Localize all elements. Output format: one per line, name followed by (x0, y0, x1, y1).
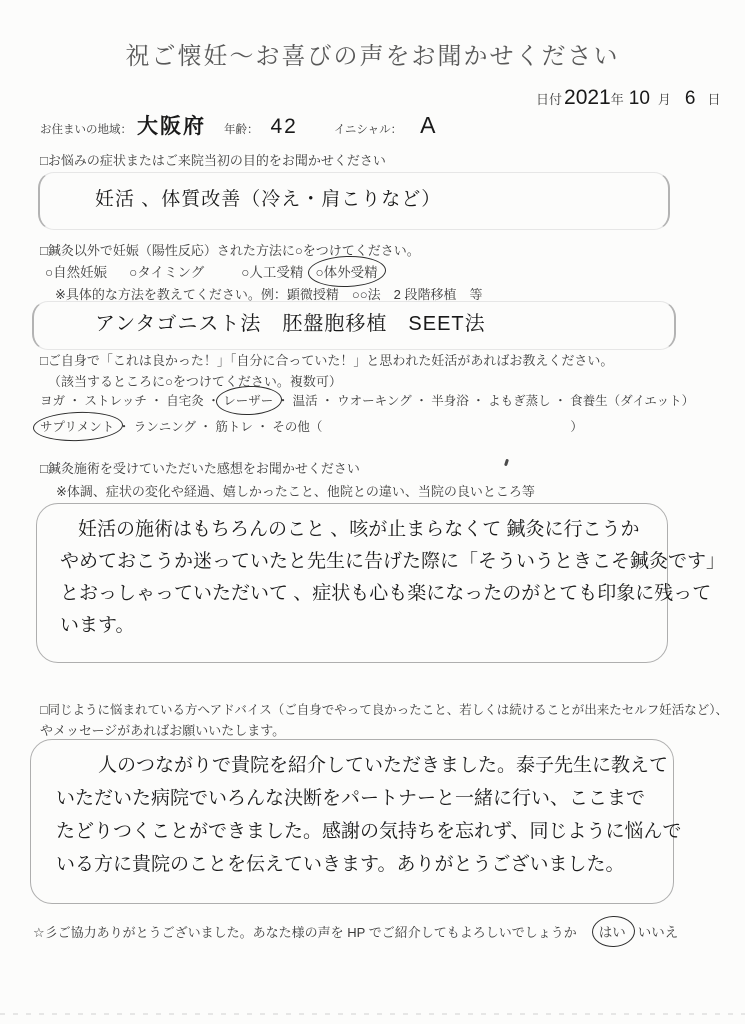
option-timing: ○タイミング (129, 261, 204, 281)
profile-line: お住まいの地域： 大阪府 年齢： 42 イニシャル： A (40, 110, 436, 140)
date-day-unit: 日 (707, 89, 720, 108)
question-impression-label: □鍼灸施術を受けていただいた感想をお聞かせください (40, 458, 360, 477)
question-symptoms-label: □お悩みの症状またはご来院当初の目的をお聞かせください (40, 150, 386, 169)
date-line: 日付 2021 年 10 月 6 日 (536, 86, 721, 110)
advice-line-4: いる方に貴院のことを伝えていきます。ありがとうございました。 (56, 848, 681, 881)
date-label: 日付 (536, 89, 562, 108)
ninkatsu-row2-items: ・ ランニング ・ 筋トレ ・ その他（ (114, 420, 322, 434)
ninkatsu-options-row1: ヨガ ・ ストレッチ ・ 自宅灸 ・ レーザー ・ 温活 ・ ウオーキング ・ … (40, 391, 694, 409)
region-value: 大阪府 (137, 110, 206, 140)
form-title: 祝ご懐妊～お喜びの声をお聞かせください (0, 36, 745, 71)
age-label: 年齢： (224, 121, 259, 137)
option-supplement-circled: サプリメント (40, 417, 114, 435)
other-closing-paren: ） (570, 420, 583, 434)
ninkatsu-options-row2: サプリメント ・ ランニング ・ 筋トレ ・ その他（） (40, 417, 583, 435)
impression-line-3: とおっしゃっていただいて 、症状も心も楽になったのがとても印象に残って (60, 578, 725, 610)
date-day-value: 6 (685, 88, 696, 110)
initial-value: A (420, 112, 435, 139)
option-natural-pregnancy: ○自然妊娠 (45, 261, 107, 281)
region-label: お住まいの地域： (40, 121, 132, 137)
handwritten-method-answer: アンタゴニスト法 胚盤胞移植 SEET法 (95, 307, 486, 336)
ninkatsu-row1-items-pre: ヨガ ・ ストレッチ ・ 自宅灸 ・ (40, 394, 223, 408)
impression-sub-note: ※体調、症状の変化や経過、嬉しかったこと、他院との違い、当院の良いところ等 (56, 481, 535, 500)
question-ninkatsu-label: □ご自身で「これは良かった！」「自分に合っていた！」と思われた妊活があればお教え… (40, 350, 613, 369)
stray-pen-mark (504, 459, 509, 467)
consent-yes-circled: はい (599, 921, 626, 941)
date-month-value: 10 (629, 88, 650, 110)
question-advice-label-line1: □同じように悩まれている方へアドバイス（ご自身でやって良かったこと、若しくは続け… (40, 700, 728, 718)
date-month-unit: 月 (658, 89, 671, 108)
date-year-value: 2021 (564, 86, 611, 110)
method-options-row: ○自然妊娠 ○タイミング ○人工受精 ○体外受精 (45, 261, 378, 281)
handwritten-symptoms-answer: 妊活 、体質改善（冷え・肩こりなど） (95, 184, 441, 211)
impression-line-4: います。 (60, 610, 725, 642)
initial-label: イニシャル： (334, 121, 402, 137)
footer-consent-line: ☆彡ご協力ありがとうございました。あなた様の声を HP でご紹介してもよろしいで… (33, 921, 678, 941)
handwritten-advice-answer: 人のつながりで貴院を紹介していただきました。泰子先生に教えて いただいた病院でい… (56, 749, 681, 881)
date-year-unit: 年 (611, 89, 624, 108)
consent-no: いいえ (638, 921, 679, 941)
footer-thanks-text: ☆彡ご協力ありがとうございました。あなた様の声を HP でご紹介してもよろしいで… (33, 922, 577, 941)
advice-line-3: たどりつくことができました。感謝の気持ちを忘れず、同じように悩んで (56, 815, 681, 848)
age-value: 42 (271, 115, 298, 139)
impression-line-1: 妊活の施術はもちろんのこと 、咳が止まらなくて 鍼灸に行こうか (60, 514, 725, 546)
impression-line-2: やめておこうか迷っていたと先生に告げた際に「そういうときこそ鍼灸です」 (60, 546, 725, 578)
scanner-edge-artifact (0, 1013, 745, 1015)
ninkatsu-sub-note: （該当するところに○をつけてください。複数可） (48, 371, 342, 390)
option-artificial-insemination: ○人工受精 (241, 261, 303, 281)
option-ivf-circled: ○体外受精 (315, 261, 377, 281)
question-method-label: □鍼灸以外で妊娠（陽性反応）された方法に○をつけてください。 (40, 240, 420, 259)
scanned-questionnaire-page: 祝ご懐妊～お喜びの声をお聞かせください 日付 2021 年 10 月 6 日 お… (0, 0, 745, 1024)
option-laser-circled: レーザー (223, 391, 273, 409)
handwritten-impression-answer: 妊活の施術はもちろんのこと 、咳が止まらなくて 鍼灸に行こうか やめておこうか迷… (60, 514, 725, 642)
advice-line-1: 人のつながりで貴院を紹介していただきました。泰子先生に教えて (56, 749, 681, 782)
ninkatsu-row1-items-post: ・ 温活 ・ ウオーキング ・ 半身浴 ・ よもぎ蒸し ・ 食養生（ダイエット） (273, 394, 694, 408)
question-advice-label-line2: やメッセージがあればお願いいたします。 (40, 720, 285, 739)
advice-line-2: いただいた病院でいろんな決断をパートナーと一緒に行い、ここまで (56, 782, 681, 815)
